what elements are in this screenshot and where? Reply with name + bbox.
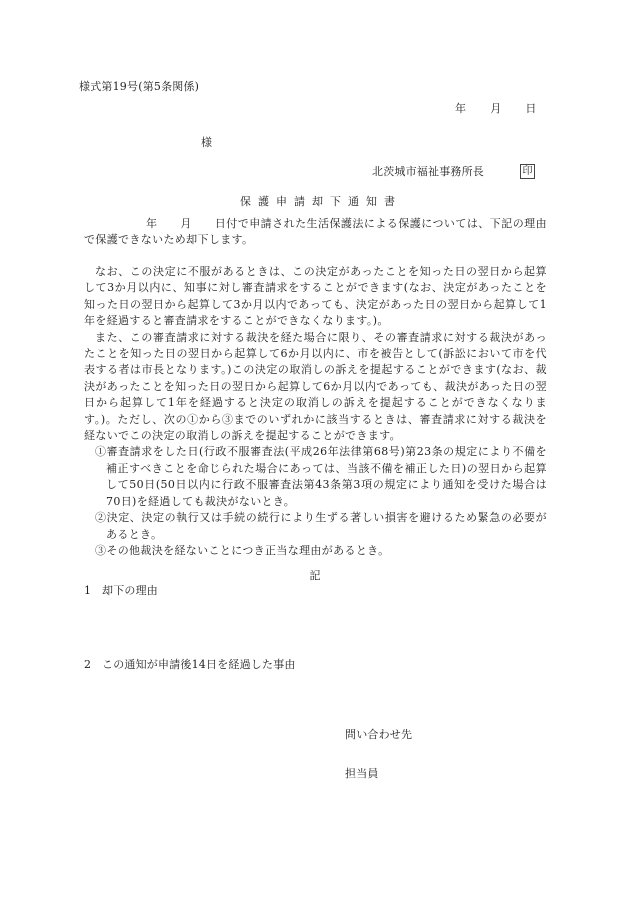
section-number: 1 <box>84 583 102 599</box>
addressee-suffix: 様 <box>201 135 212 151</box>
notes-paragraph-1: なお、この決定に不服があるときは、この決定があったことを知った日の翌日から起算し… <box>84 264 547 330</box>
section-rejection-reason: 1却下の理由 <box>84 583 158 599</box>
date-month-label: 月 <box>490 101 501 117</box>
section-label: 却下の理由 <box>102 584 158 597</box>
section-number: 2 <box>84 657 102 673</box>
form-number: 様式第19号(第5条関係) <box>79 79 199 95</box>
notes-paragraph-2: また、この審査請求に対する裁決を経た場合に限り、その審査請求に対する裁決があった… <box>84 330 547 445</box>
notes-item-3: ③その他裁決を経ないことにつき正当な理由があるとき。 <box>84 543 547 559</box>
contact-label: 問い合わせ先 <box>345 727 412 743</box>
seal-box: 印 <box>520 164 535 179</box>
date-day-label: 日 <box>525 101 536 117</box>
staff-label: 担当員 <box>345 766 379 782</box>
notes-item-1: ①審査請求をした日(行政不服審査法(平成26年法律第68号)第23条の規定により… <box>84 444 547 510</box>
section-delay-reason: 2この通知が申請後14日を経過した事由 <box>84 657 296 673</box>
intro-text: 年 月 日付で申請された生活保護法による保護については、下記の理由で保護できない… <box>84 216 547 249</box>
document-page: 様式第19号(第5条関係) 年月日 様 北茨城市福祉事務所長 印 保護申請却下通… <box>0 0 630 903</box>
section-label: この通知が申請後14日を経過した事由 <box>102 658 296 671</box>
appeal-notes: なお、この決定に不服があるときは、この決定があったことを知った日の翌日から起算し… <box>84 264 547 559</box>
intro-paragraph: 年 月 日付で申請された生活保護法による保護については、下記の理由で保護できない… <box>84 216 547 249</box>
document-title: 保護申請却下通知書 <box>0 193 630 209</box>
date-year-label: 年 <box>455 101 466 117</box>
issuer-name: 北茨城市福祉事務所長 <box>372 164 484 180</box>
notes-item-2: ②決定、決定の執行又は手続の続行により生ずる著しい損害を避けるため緊急の必要があ… <box>84 510 547 543</box>
date-line: 年月日 <box>455 101 537 117</box>
ki-heading: 記 <box>0 567 630 583</box>
